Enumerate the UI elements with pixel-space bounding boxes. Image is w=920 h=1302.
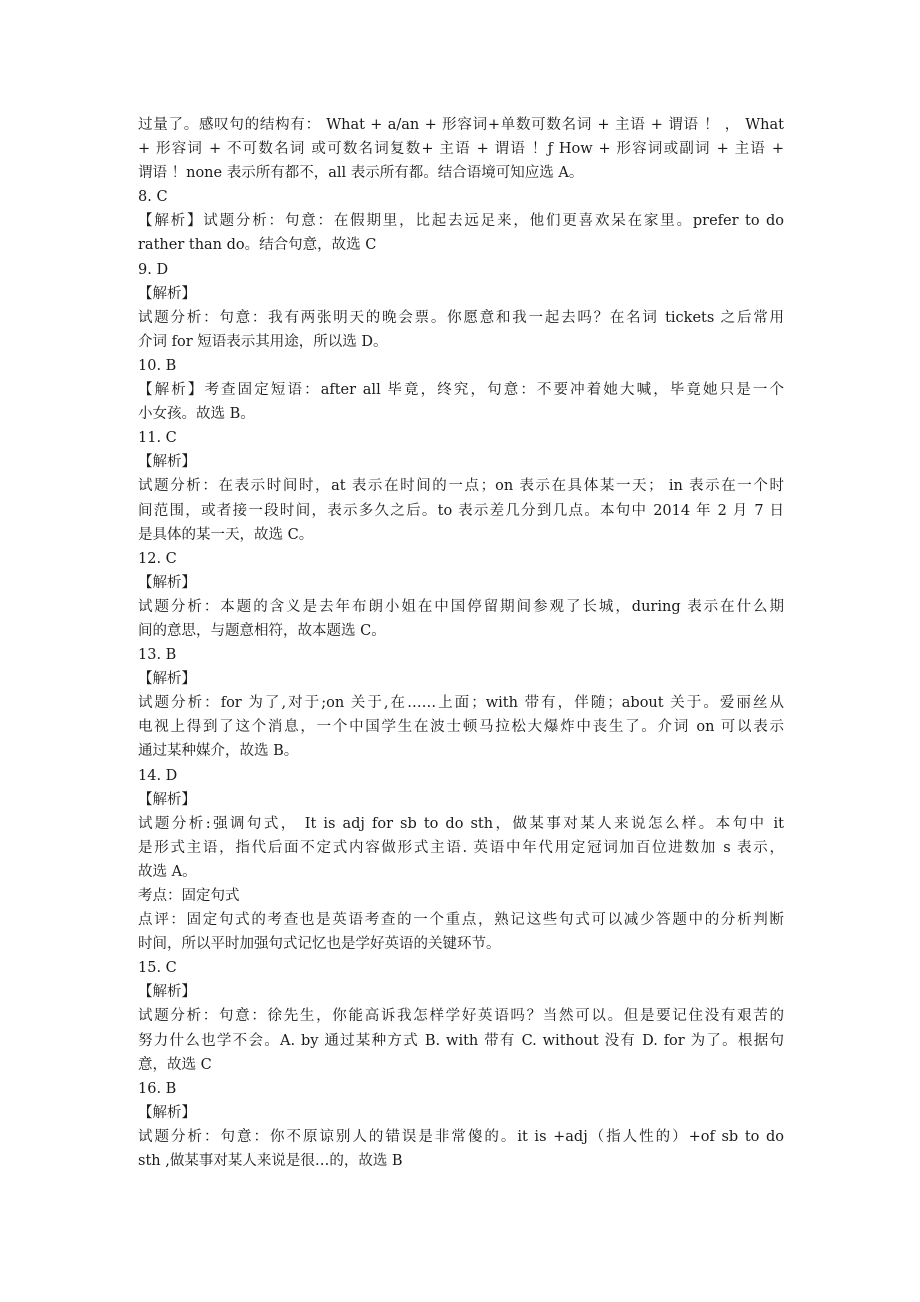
text-line: 谓语 ！none 表示所有都不，all 表示所有都。结合语境可知应选 A。 bbox=[138, 161, 784, 185]
text-line: 电视上得到了这个消息，一个中国学生在波士顿马拉松大爆炸中丧生了。介词 on 可以… bbox=[138, 715, 784, 739]
answer-number: 16. B bbox=[138, 1077, 784, 1101]
analysis-heading: 【解析】 bbox=[138, 788, 784, 812]
analysis-heading: 【解析】 bbox=[138, 667, 784, 691]
answer-number: 13. B bbox=[138, 643, 784, 667]
answer-number: 11. C bbox=[138, 426, 784, 450]
answer-number: 8. C bbox=[138, 185, 784, 209]
text-line: 故选 A。 bbox=[138, 860, 784, 884]
text-line: + 形容词 + 不可数名词 或可数名词复数+ 主语 + 谓语 ！ƒ How + … bbox=[138, 137, 784, 161]
text-line: 过量了。感叹句的结构有： What + a/an + 形容词+单数可数名词 + … bbox=[138, 113, 784, 137]
text-line: 间的意思，与题意相符，故本题选 C。 bbox=[138, 619, 784, 643]
key-point: 考点：固定句式 bbox=[138, 884, 784, 908]
comment: 点评：固定句式的考查也是英语考查的一个重点，熟记这些句式可以减少答题中的分析判断 bbox=[138, 908, 784, 932]
text-line: 是具体的某一天，故选 C。 bbox=[138, 523, 784, 547]
comment: 时间，所以平时加强句式记忆也是学好英语的关键环节。 bbox=[138, 932, 784, 956]
text-line: 努力什么也学不会。A. by 通过某种方式 B. with 带有 C. with… bbox=[138, 1029, 784, 1053]
text-line: 间范围，或者接一段时间，表示多久之后。to 表示差几分到几点。本句中 2014 … bbox=[138, 499, 784, 523]
text-line: 试题分析：句意：徐先生，你能高诉我怎样学好英语吗？当然可以。但是要记住没有艰苦的 bbox=[138, 1004, 784, 1028]
text-line: 试题分析：句意：你不原谅别人的错误是非常傻的。it is +adj（指人性的）+… bbox=[138, 1125, 784, 1149]
text-line: 是形式主语，指代后面不定式内容做形式主语. 英语中年代用定冠词加百位进数加 s … bbox=[138, 836, 784, 860]
text-line: 试题分析：本题的含义是去年布朗小姐在中国停留期间参观了长城，during 表示在… bbox=[138, 595, 784, 619]
document-page: 过量了。感叹句的结构有： What + a/an + 形容词+单数可数名词 + … bbox=[138, 113, 784, 1173]
analysis-heading: 【解析】 bbox=[138, 571, 784, 595]
analysis-heading: 【解析】 bbox=[138, 980, 784, 1004]
text-line: 试题分析：句意：我有两张明天的晚会票。你愿意和我一起去吗？在名词 tickets… bbox=[138, 306, 784, 330]
text-line: sth ,做某事对某人来说是很…的，故选 B bbox=[138, 1149, 784, 1173]
text-line: 通过某种媒介，故选 B。 bbox=[138, 739, 784, 763]
answer-number: 14. D bbox=[138, 764, 784, 788]
text-line: 试题分析：for 为了,对于;on 关于,在……上面；with 带有，伴随；ab… bbox=[138, 691, 784, 715]
text-line: 小女孩。故选 B。 bbox=[138, 402, 784, 426]
text-line: 意，故选 C bbox=[138, 1053, 784, 1077]
text-line: 试题分析：在表示时间时，at 表示在时间的一点；on 表示在具体某一天； in … bbox=[138, 474, 784, 498]
text-line: 介词 for 短语表示其用途，所以选 D。 bbox=[138, 330, 784, 354]
text-line: 【解析】试题分析：句意：在假期里，比起去远足来，他们更喜欢呆在家里。prefer… bbox=[138, 209, 784, 233]
analysis-heading: 【解析】 bbox=[138, 450, 784, 474]
text-line: 【解析】考查固定短语：after all 毕竟，终究，句意：不要冲着她大喊，毕竟… bbox=[138, 378, 784, 402]
answer-number: 9. D bbox=[138, 258, 784, 282]
answer-number: 15. C bbox=[138, 956, 784, 980]
answer-number: 10. B bbox=[138, 354, 784, 378]
text-line: 试题分析:强调句式， It is adj for sb to do sth，做某… bbox=[138, 812, 784, 836]
analysis-heading: 【解析】 bbox=[138, 1101, 784, 1125]
text-line: rather than do。结合句意，故选 C bbox=[138, 233, 784, 257]
answer-number: 12. C bbox=[138, 547, 784, 571]
analysis-heading: 【解析】 bbox=[138, 282, 784, 306]
